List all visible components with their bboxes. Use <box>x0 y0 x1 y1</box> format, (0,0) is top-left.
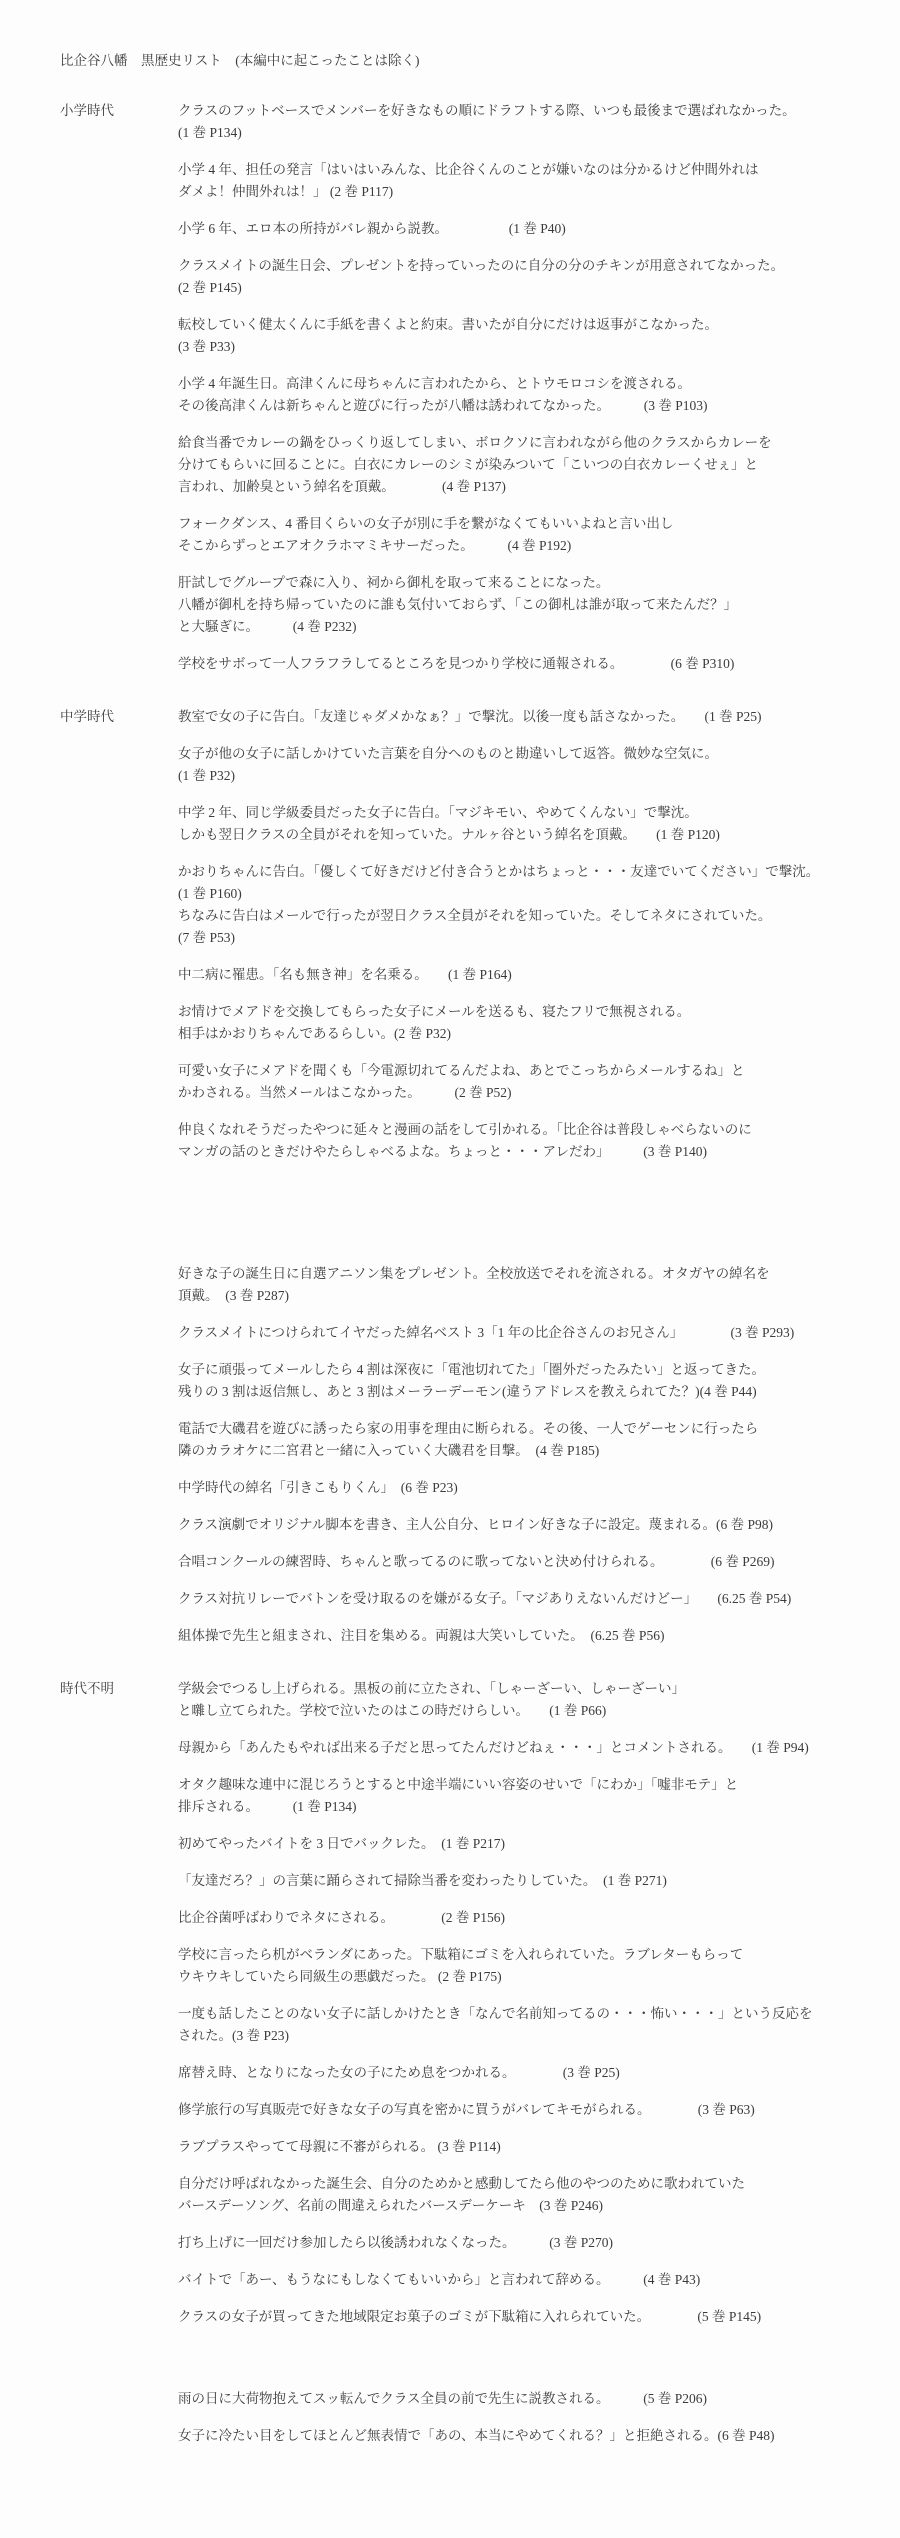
list-item: 雨の日に大荷物抱えてスッ転んでクラス全員の前で先生に説教される。 (5 巻 P2… <box>178 2388 858 2410</box>
entry-line: バイトで「あー、もうなにもしなくてもいいから」と言われて辞める。 (4 巻 P4… <box>178 2269 858 2291</box>
entry-line: 小学 4 年誕生日。高津くんに母ちゃんに言われたから、とトウモロコシを渡される。 <box>178 373 858 395</box>
entry-line: ウキウキしていたら同級生の悪戯だった。 (2 巻 P175) <box>178 1966 858 1988</box>
entry-line: (7 巻 P53) <box>178 927 858 949</box>
list-item: 好きな子の誕生日に自選アニソン集をプレゼント。全校放送でそれを流される。オタガヤ… <box>178 1263 858 1307</box>
section-label: 小学時代 <box>60 100 178 122</box>
entry-line: 給食当番でカレーの鍋をひっくり返してしまい、ボロクソに言われながら他のクラスから… <box>178 432 858 454</box>
entry-line: クラスメイトの誕生日会、プレゼントを持っていったのに自分の分のチキンが用意されて… <box>178 255 858 277</box>
list-item: クラスメイトにつけられてイヤだった綽名ベスト 3「1 年の比企谷さんのお兄さん」… <box>178 1322 858 1344</box>
list-item: 自分だけ呼ばれなかった誕生会、自分のためかと感動してたら他のやつのために歌われて… <box>178 2173 858 2217</box>
entry-line: ちなみに告白はメールで行ったが翌日クラス全員がそれを知っていた。そしてネタにされ… <box>178 905 858 927</box>
section-label: 中学時代 <box>60 706 178 728</box>
entry-line: オタク趣味な連中に混じろうとすると中途半端にいい容姿のせいで「にわか」「嘘非モテ… <box>178 1774 858 1796</box>
entry-line: クラスの女子が買ってきた地域限定お菓子のゴミが下駄箱に入れられていた。 (5 巻… <box>178 2306 858 2328</box>
entry-line: しかも翌日クラスの全員がそれを知っていた。ナルヶ谷という綽名を頂戴。 (1 巻 … <box>178 824 858 846</box>
entry-line: (3 巻 P33) <box>178 336 858 358</box>
entry-line: 打ち上げに一回だけ参加したら以後誘われなくなった。 (3 巻 P270) <box>178 2232 858 2254</box>
entry-line: 「友達だろ？」の言葉に踊らされて掃除当番を変わったりしていた。 (1 巻 P27… <box>178 1870 858 1892</box>
list-item: 女子に冷たい目をしてほとんど無表情で「あの、本当にやめてくれる？」と拒絶される。… <box>178 2425 858 2447</box>
list-item: 初めてやったバイトを 3 日でバックレた。 (1 巻 P217) <box>178 1833 858 1855</box>
list-item: 中二病に罹患。「名も無き神」を名乗る。 (1 巻 P164) <box>178 964 858 986</box>
list-item: 給食当番でカレーの鍋をひっくり返してしまい、ボロクソに言われながら他のクラスから… <box>178 432 858 498</box>
entry-line: 雨の日に大荷物抱えてスッ転んでクラス全員の前で先生に説教される。 (5 巻 P2… <box>178 2388 858 2410</box>
list-item: ラブプラスやってて母親に不審がられる。 (3 巻 P114) <box>178 2136 858 2158</box>
entry-line: 小学 6 年、エロ本の所持がバレ親から説教。 (1 巻 P40) <box>178 218 858 240</box>
entry-line: 隣のカラオケに二宮君と一緒に入っていく大磯君を目撃。 (4 巻 P185) <box>178 1440 858 1462</box>
entry-line: 転校していく健太くんに手紙を書くよと約束。書いたが自分にだけは返事がこなかった。 <box>178 314 858 336</box>
entry-line: 中二病に罹患。「名も無き神」を名乗る。 (1 巻 P164) <box>178 964 858 986</box>
entry-line: クラスのフットベースでメンバーを好きなもの順にドラフトする際、いつも最後まで選ば… <box>178 100 858 122</box>
list-item: 母親から「あんたもやれば出来る子だと思ってたんだけどねぇ・・・」とコメントされる… <box>178 1737 858 1759</box>
entry-line: 学級会でつるし上げられる。黒板の前に立たされ、「しゃーざーい、しゃーざーい」 <box>178 1678 858 1700</box>
entry-line: と大騒ぎに。 (4 巻 P232) <box>178 616 858 638</box>
entry-line: かわされる。当然メールはこなかった。 (2 巻 P52) <box>178 1082 858 1104</box>
document-page: 比企谷八幡 黒歴史リスト (本編中に起こったことは除く) 小学時代クラスのフット… <box>0 0 900 2538</box>
list-item: 教室で女の子に告白。「友達じゃダメかなぁ？」で撃沈。以後一度も話さなかった。 (… <box>178 706 858 728</box>
list-item: かおりちゃんに告白。「優しくて好きだけど付き合うとかはちょっと・・・友達でいてく… <box>178 861 858 949</box>
entry-line: 中学 2 年、同じ学級委員だった女子に告白。「マジキモい、やめてくんない」で撃沈… <box>178 802 858 824</box>
list-item: オタク趣味な連中に混じろうとすると中途半端にいい容姿のせいで「にわか」「嘘非モテ… <box>178 1774 858 1818</box>
entry-line: 残りの 3 割は返信無し、あと 3 割はメーラーデーモン(違うアドレスを教えられ… <box>178 1381 858 1403</box>
list-item: フォークダンス、4 番目くらいの女子が別に手を繋がなくてもいいよねと言い出しそこ… <box>178 513 858 557</box>
entry-line: 分けてもらいに回ることに。白衣にカレーのシミが染みついて「こいつの白衣カレーくせ… <box>178 454 858 476</box>
list-item: クラス対抗リレーでバトンを受け取るのを嫌がる女子。「マジありえないんだけどー」 … <box>178 1588 858 1610</box>
entry-line: された。(3 巻 P23) <box>178 2025 858 2047</box>
list-item: 比企谷菌呼ばわりでネタにされる。 (2 巻 P156) <box>178 1907 858 1929</box>
entry-line: 合唱コンクールの練習時、ちゃんと歌ってるのに歌ってないと決め付けられる。 (6 … <box>178 1551 858 1573</box>
entry-line: 好きな子の誕生日に自選アニソン集をプレゼント。全校放送でそれを流される。オタガヤ… <box>178 1263 858 1285</box>
list-item: 一度も話したことのない女子に話しかけたとき「なんで名前知ってるの・・・怖い・・・… <box>178 2003 858 2047</box>
sections: 小学時代クラスのフットベースでメンバーを好きなもの順にドラフトする際、いつも最後… <box>60 100 858 2462</box>
list-item: 可愛い女子にメアドを聞くも「今電源切れてるんだよね、あとでこっちからメールするね… <box>178 1060 858 1104</box>
entry-line: 頂戴。 (3 巻 P287) <box>178 1285 858 1307</box>
entry-line: 八幡が御札を持ち帰っていたのに誰も気付いておらず、「この御札は誰が取って来たんだ… <box>178 594 858 616</box>
entry-line: と囃し立てられた。学校で泣いたのはこの時だけらしい。 (1 巻 P66) <box>178 1700 858 1722</box>
entry-line: 言われ、加齢臭という綽名を頂戴。 (4 巻 P137) <box>178 476 858 498</box>
entry-line: かおりちゃんに告白。「優しくて好きだけど付き合うとかはちょっと・・・友達でいてく… <box>178 861 858 883</box>
entry-line: 学校をサボって一人フラフラしてるところを見つかり学校に通報される。 (6 巻 P… <box>178 653 858 675</box>
entry-line: 女子が他の女子に話しかけていた言葉を自分へのものと勘違いして返答。微妙な空気に。 <box>178 743 858 765</box>
list-item: 女子に頑張ってメールしたら 4 割は深夜に「電池切れてた」「圏外だったみたい」と… <box>178 1359 858 1403</box>
entry-line: 肝試しでグループで森に入り、祠から御札を取って来ることになった。 <box>178 572 858 594</box>
entry-line: 母親から「あんたもやれば出来る子だと思ってたんだけどねぇ・・・」とコメントされる… <box>178 1737 858 1759</box>
section-2: 時代不明学級会でつるし上げられる。黒板の前に立たされ、「しゃーざーい、しゃーざー… <box>60 1678 858 2462</box>
list-item: 中学 2 年、同じ学級委員だった女子に告白。「マジキモい、やめてくんない」で撃沈… <box>178 802 858 846</box>
list-item: 修学旅行の写真販売で好きな女子の写真を密かに買うがバレてキモがられる。 (3 巻… <box>178 2099 858 2121</box>
section-1: 中学時代教室で女の子に告白。「友達じゃダメかなぁ？」で撃沈。以後一度も話さなかっ… <box>60 706 858 1662</box>
page-title: 比企谷八幡 黒歴史リスト (本編中に起こったことは除く) <box>60 50 858 72</box>
entry-line: バースデーソング、名前の間違えられたバースデーケーキ (3 巻 P246) <box>178 2195 858 2217</box>
entry-line: 女子に冷たい目をしてほとんど無表情で「あの、本当にやめてくれる？」と拒絶される。… <box>178 2425 858 2447</box>
entry-line: 仲良くなれそうだったやつに延々と漫画の話をして引かれる。「比企谷は普段しゃべらな… <box>178 1119 858 1141</box>
entry-line: 一度も話したことのない女子に話しかけたとき「なんで名前知ってるの・・・怖い・・・… <box>178 2003 858 2025</box>
list-item: 「友達だろ？」の言葉に踊らされて掃除当番を変わったりしていた。 (1 巻 P27… <box>178 1870 858 1892</box>
entry-line: その後高津くんは新ちゃんと遊びに行ったが八幡は誘われてなかった。 (3 巻 P1… <box>178 395 858 417</box>
entry-line: クラス演劇でオリジナル脚本を書き、主人公自分、ヒロイン好きな子に設定。蔑まれる。… <box>178 1514 858 1536</box>
list-item: 組体操で先生と組まされ、注目を集める。両親は大笑いしていた。 (6.25 巻 P… <box>178 1625 858 1647</box>
list-item: 仲良くなれそうだったやつに延々と漫画の話をして引かれる。「比企谷は普段しゃべらな… <box>178 1119 858 1163</box>
list-item: 打ち上げに一回だけ参加したら以後誘われなくなった。 (3 巻 P270) <box>178 2232 858 2254</box>
list-item: 学校をサボって一人フラフラしてるところを見つかり学校に通報される。 (6 巻 P… <box>178 653 858 675</box>
list-item: 小学 4 年誕生日。高津くんに母ちゃんに言われたから、とトウモロコシを渡される。… <box>178 373 858 417</box>
list-item: 学校に言ったら机がベランダにあった。下駄箱にゴミを入れられていた。ラブレターもら… <box>178 1944 858 1988</box>
entry-line: (1 巻 P160) <box>178 883 858 905</box>
list-item: バイトで「あー、もうなにもしなくてもいいから」と言われて辞める。 (4 巻 P4… <box>178 2269 858 2291</box>
entry-line: ラブプラスやってて母親に不審がられる。 (3 巻 P114) <box>178 2136 858 2158</box>
entry-line: 組体操で先生と組まされ、注目を集める。両親は大笑いしていた。 (6.25 巻 P… <box>178 1625 858 1647</box>
list-item: 中学時代の綽名「引きこもりくん」 (6 巻 P23) <box>178 1477 858 1499</box>
entry-line: 席替え時、となりになった女の子にため息をつかれる。 (3 巻 P25) <box>178 2062 858 2084</box>
entry-line: 学校に言ったら机がベランダにあった。下駄箱にゴミを入れられていた。ラブレターもら… <box>178 1944 858 1966</box>
entry-line: 初めてやったバイトを 3 日でバックレた。 (1 巻 P217) <box>178 1833 858 1855</box>
section-0: 小学時代クラスのフットベースでメンバーを好きなもの順にドラフトする際、いつも最後… <box>60 100 858 690</box>
list-item: お情けでメアドを交換してもらった女子にメールを送るも、寝たフリで無視される。相手… <box>178 1001 858 1045</box>
list-item: 合唱コンクールの練習時、ちゃんと歌ってるのに歌ってないと決め付けられる。 (6 … <box>178 1551 858 1573</box>
entry-line: 中学時代の綽名「引きこもりくん」 (6 巻 P23) <box>178 1477 858 1499</box>
list-item: 小学 6 年、エロ本の所持がバレ親から説教。 (1 巻 P40) <box>178 218 858 240</box>
list-item: 女子が他の女子に話しかけていた言葉を自分へのものと勘違いして返答。微妙な空気に。… <box>178 743 858 787</box>
entry-line: 可愛い女子にメアドを聞くも「今電源切れてるんだよね、あとでこっちからメールするね… <box>178 1060 858 1082</box>
list-item: クラス演劇でオリジナル脚本を書き、主人公自分、ヒロイン好きな子に設定。蔑まれる。… <box>178 1514 858 1536</box>
entry-line: (2 巻 P145) <box>178 277 858 299</box>
entry-line: 女子に頑張ってメールしたら 4 割は深夜に「電池切れてた」「圏外だったみたい」と… <box>178 1359 858 1381</box>
section-entries: 教室で女の子に告白。「友達じゃダメかなぁ？」で撃沈。以後一度も話さなかった。 (… <box>178 706 858 1662</box>
list-item: 肝試しでグループで森に入り、祠から御札を取って来ることになった。八幡が御札を持ち… <box>178 572 858 638</box>
entry-line: 相手はかおりちゃんであるらしい。(2 巻 P32) <box>178 1023 858 1045</box>
list-item: クラスの女子が買ってきた地域限定お菓子のゴミが下駄箱に入れられていた。 (5 巻… <box>178 2306 858 2328</box>
entry-line: クラスメイトにつけられてイヤだった綽名ベスト 3「1 年の比企谷さんのお兄さん」… <box>178 1322 858 1344</box>
entry-line: 修学旅行の写真販売で好きな女子の写真を密かに買うがバレてキモがられる。 (3 巻… <box>178 2099 858 2121</box>
entry-line: ダメよ！仲間外れは！」 (2 巻 P117) <box>178 181 858 203</box>
entry-line: 教室で女の子に告白。「友達じゃダメかなぁ？」で撃沈。以後一度も話さなかった。 (… <box>178 706 858 728</box>
entry-line: 小学 4 年、担任の発言「はいはいみんな、比企谷くんのことが嫌いなのは分かるけど… <box>178 159 858 181</box>
entry-line: クラス対抗リレーでバトンを受け取るのを嫌がる女子。「マジありえないんだけどー」 … <box>178 1588 858 1610</box>
entry-line: お情けでメアドを交換してもらった女子にメールを送るも、寝たフリで無視される。 <box>178 1001 858 1023</box>
list-item: クラスのフットベースでメンバーを好きなもの順にドラフトする際、いつも最後まで選ば… <box>178 100 858 144</box>
entry-line: 電話で大磯君を遊びに誘ったら家の用事を理由に断られる。その後、一人でゲーセンに行… <box>178 1418 858 1440</box>
list-item: 小学 4 年、担任の発言「はいはいみんな、比企谷くんのことが嫌いなのは分かるけど… <box>178 159 858 203</box>
entry-line: (1 巻 P32) <box>178 765 858 787</box>
entry-line: 排斥される。 (1 巻 P134) <box>178 1796 858 1818</box>
list-item: クラスメイトの誕生日会、プレゼントを持っていったのに自分の分のチキンが用意されて… <box>178 255 858 299</box>
entry-line: (1 巻 P134) <box>178 122 858 144</box>
entry-line: フォークダンス、4 番目くらいの女子が別に手を繋がなくてもいいよねと言い出し <box>178 513 858 535</box>
list-item: 学級会でつるし上げられる。黒板の前に立たされ、「しゃーざーい、しゃーざーい」と囃… <box>178 1678 858 1722</box>
entry-line: 比企谷菌呼ばわりでネタにされる。 (2 巻 P156) <box>178 1907 858 1929</box>
entry-line: マンガの話のときだけやたらしゃべるよな。ちょっと・・・アレだわ」 (3 巻 P1… <box>178 1141 858 1163</box>
entry-line: 自分だけ呼ばれなかった誕生会、自分のためかと感動してたら他のやつのために歌われて… <box>178 2173 858 2195</box>
list-item: 席替え時、となりになった女の子にため息をつかれる。 (3 巻 P25) <box>178 2062 858 2084</box>
list-item: 転校していく健太くんに手紙を書くよと約束。書いたが自分にだけは返事がこなかった。… <box>178 314 858 358</box>
list-item: 電話で大磯君を遊びに誘ったら家の用事を理由に断られる。その後、一人でゲーセンに行… <box>178 1418 858 1462</box>
section-entries: 学級会でつるし上げられる。黒板の前に立たされ、「しゃーざーい、しゃーざーい」と囃… <box>178 1678 858 2462</box>
section-label: 時代不明 <box>60 1678 178 1700</box>
entry-line: そこからずっとエアオクラホマミキサーだった。 (4 巻 P192) <box>178 535 858 557</box>
section-entries: クラスのフットベースでメンバーを好きなもの順にドラフトする際、いつも最後まで選ば… <box>178 100 858 690</box>
